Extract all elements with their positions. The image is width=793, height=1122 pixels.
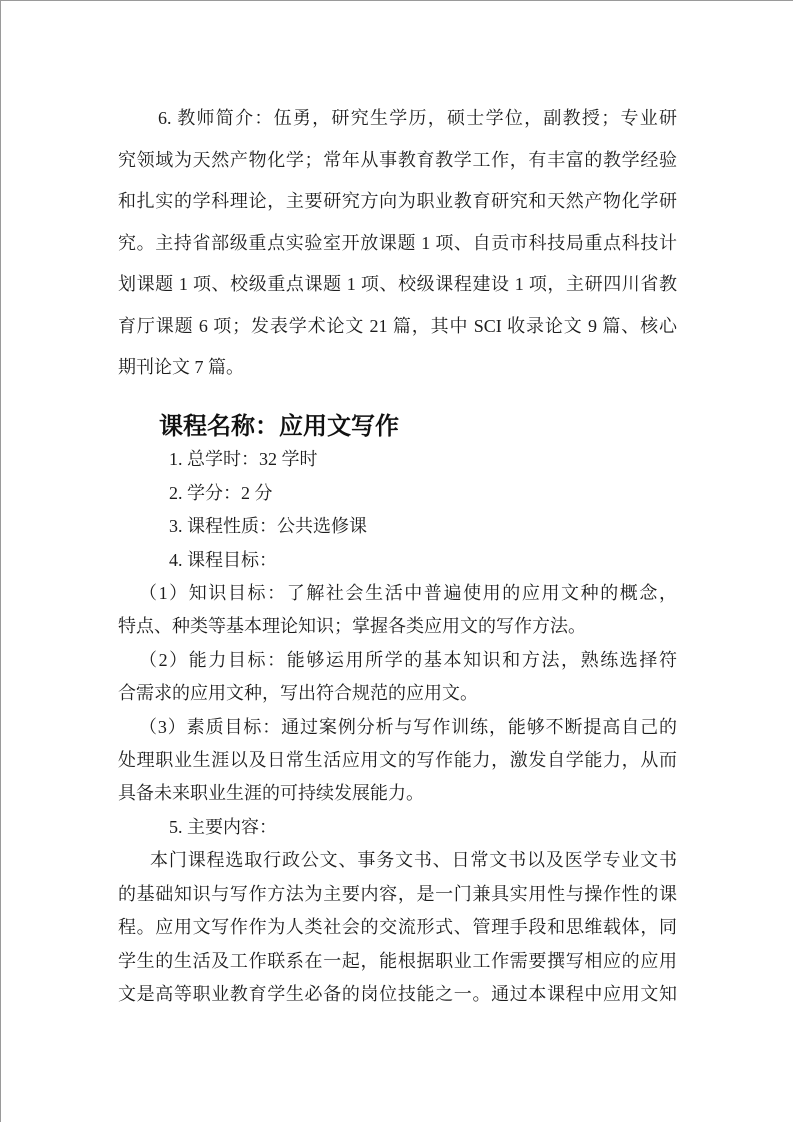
text-line: 具备未来职业生涯的可持续发展能力。: [118, 777, 677, 810]
text-line: 期刊论文 7 篇。: [118, 347, 677, 389]
text-line: 处理职业生涯以及日常生活应用文的写作能力，激发自学能力，从而: [118, 744, 677, 777]
course-objectives-label: 4. 课程目标：: [118, 544, 677, 577]
text-line: 划课题 1 项、校级重点课题 1 项、校级课程建设 1 项，主研四川省教: [118, 264, 677, 306]
course-credits: 2. 学分：2 分: [118, 477, 677, 510]
course-title: 课程名称：应用文写作: [118, 410, 677, 443]
course-type: 3. 课程性质：公共选修课: [118, 510, 677, 543]
text-line: 究。主持省部级重点实验室开放课题 1 项、自贡市科技局重点科技计: [118, 223, 677, 265]
teacher-intro-paragraph: 6. 教师简介：伍勇，研究生学历，硕士学位，副教授；专业研究领域为天然产物化学；…: [118, 98, 677, 389]
text-line: 程。应用文写作作为人类社会的交流形式、管理手段和思维载体，同: [118, 911, 677, 944]
document-page: 6. 教师简介：伍勇，研究生学历，硕士学位，副教授；专业研究领域为天然产物化学；…: [0, 0, 793, 1122]
course-total-hours: 1. 总学时：32 学时: [118, 443, 677, 476]
text-line: （3）素质目标：通过案例分析与写作训练，能够不断提高自己的: [118, 711, 677, 744]
text-line: 育厅课题 6 项；发表学术论文 21 篇，其中 SCI 收录论文 9 篇、核心: [118, 306, 677, 348]
text-line: （1）知识目标：了解社会生活中普遍使用的应用文种的概念，: [118, 577, 677, 610]
text-line: 合需求的应用文种，写出符合规范的应用文。: [118, 677, 677, 710]
text-line: 和扎实的学科理论，主要研究方向为职业教育研究和天然产物化学研: [118, 181, 677, 223]
course-content-label: 5. 主要内容：: [118, 811, 677, 844]
text-line: 学生的生活及工作联系在一起，能根据职业工作需要撰写相应的应用: [118, 945, 677, 978]
text-line: 文是高等职业教育学生必备的岗位技能之一。通过本课程中应用文知: [118, 978, 677, 1011]
text-line: 的基础知识与写作方法为主要内容，是一门兼具实用性与操作性的课: [118, 878, 677, 911]
text-line: 本门课程选取行政公文、事务文书、日常文书以及医学专业文书: [118, 844, 677, 877]
text-line: 6. 教师简介：伍勇，研究生学历，硕士学位，副教授；专业研: [118, 98, 677, 140]
text-line: （2）能力目标：能够运用所学的基本知识和方法，熟练选择符: [118, 644, 677, 677]
course-section: 课程名称：应用文写作1. 总学时：32 学时2. 学分：2 分3. 课程性质：公…: [118, 410, 677, 1011]
text-line: 究领域为天然产物化学；常年从事教育教学工作，有丰富的教学经验: [118, 140, 677, 182]
text-line: 特点、种类等基本理论知识；掌握各类应用文的写作方法。: [118, 610, 677, 643]
